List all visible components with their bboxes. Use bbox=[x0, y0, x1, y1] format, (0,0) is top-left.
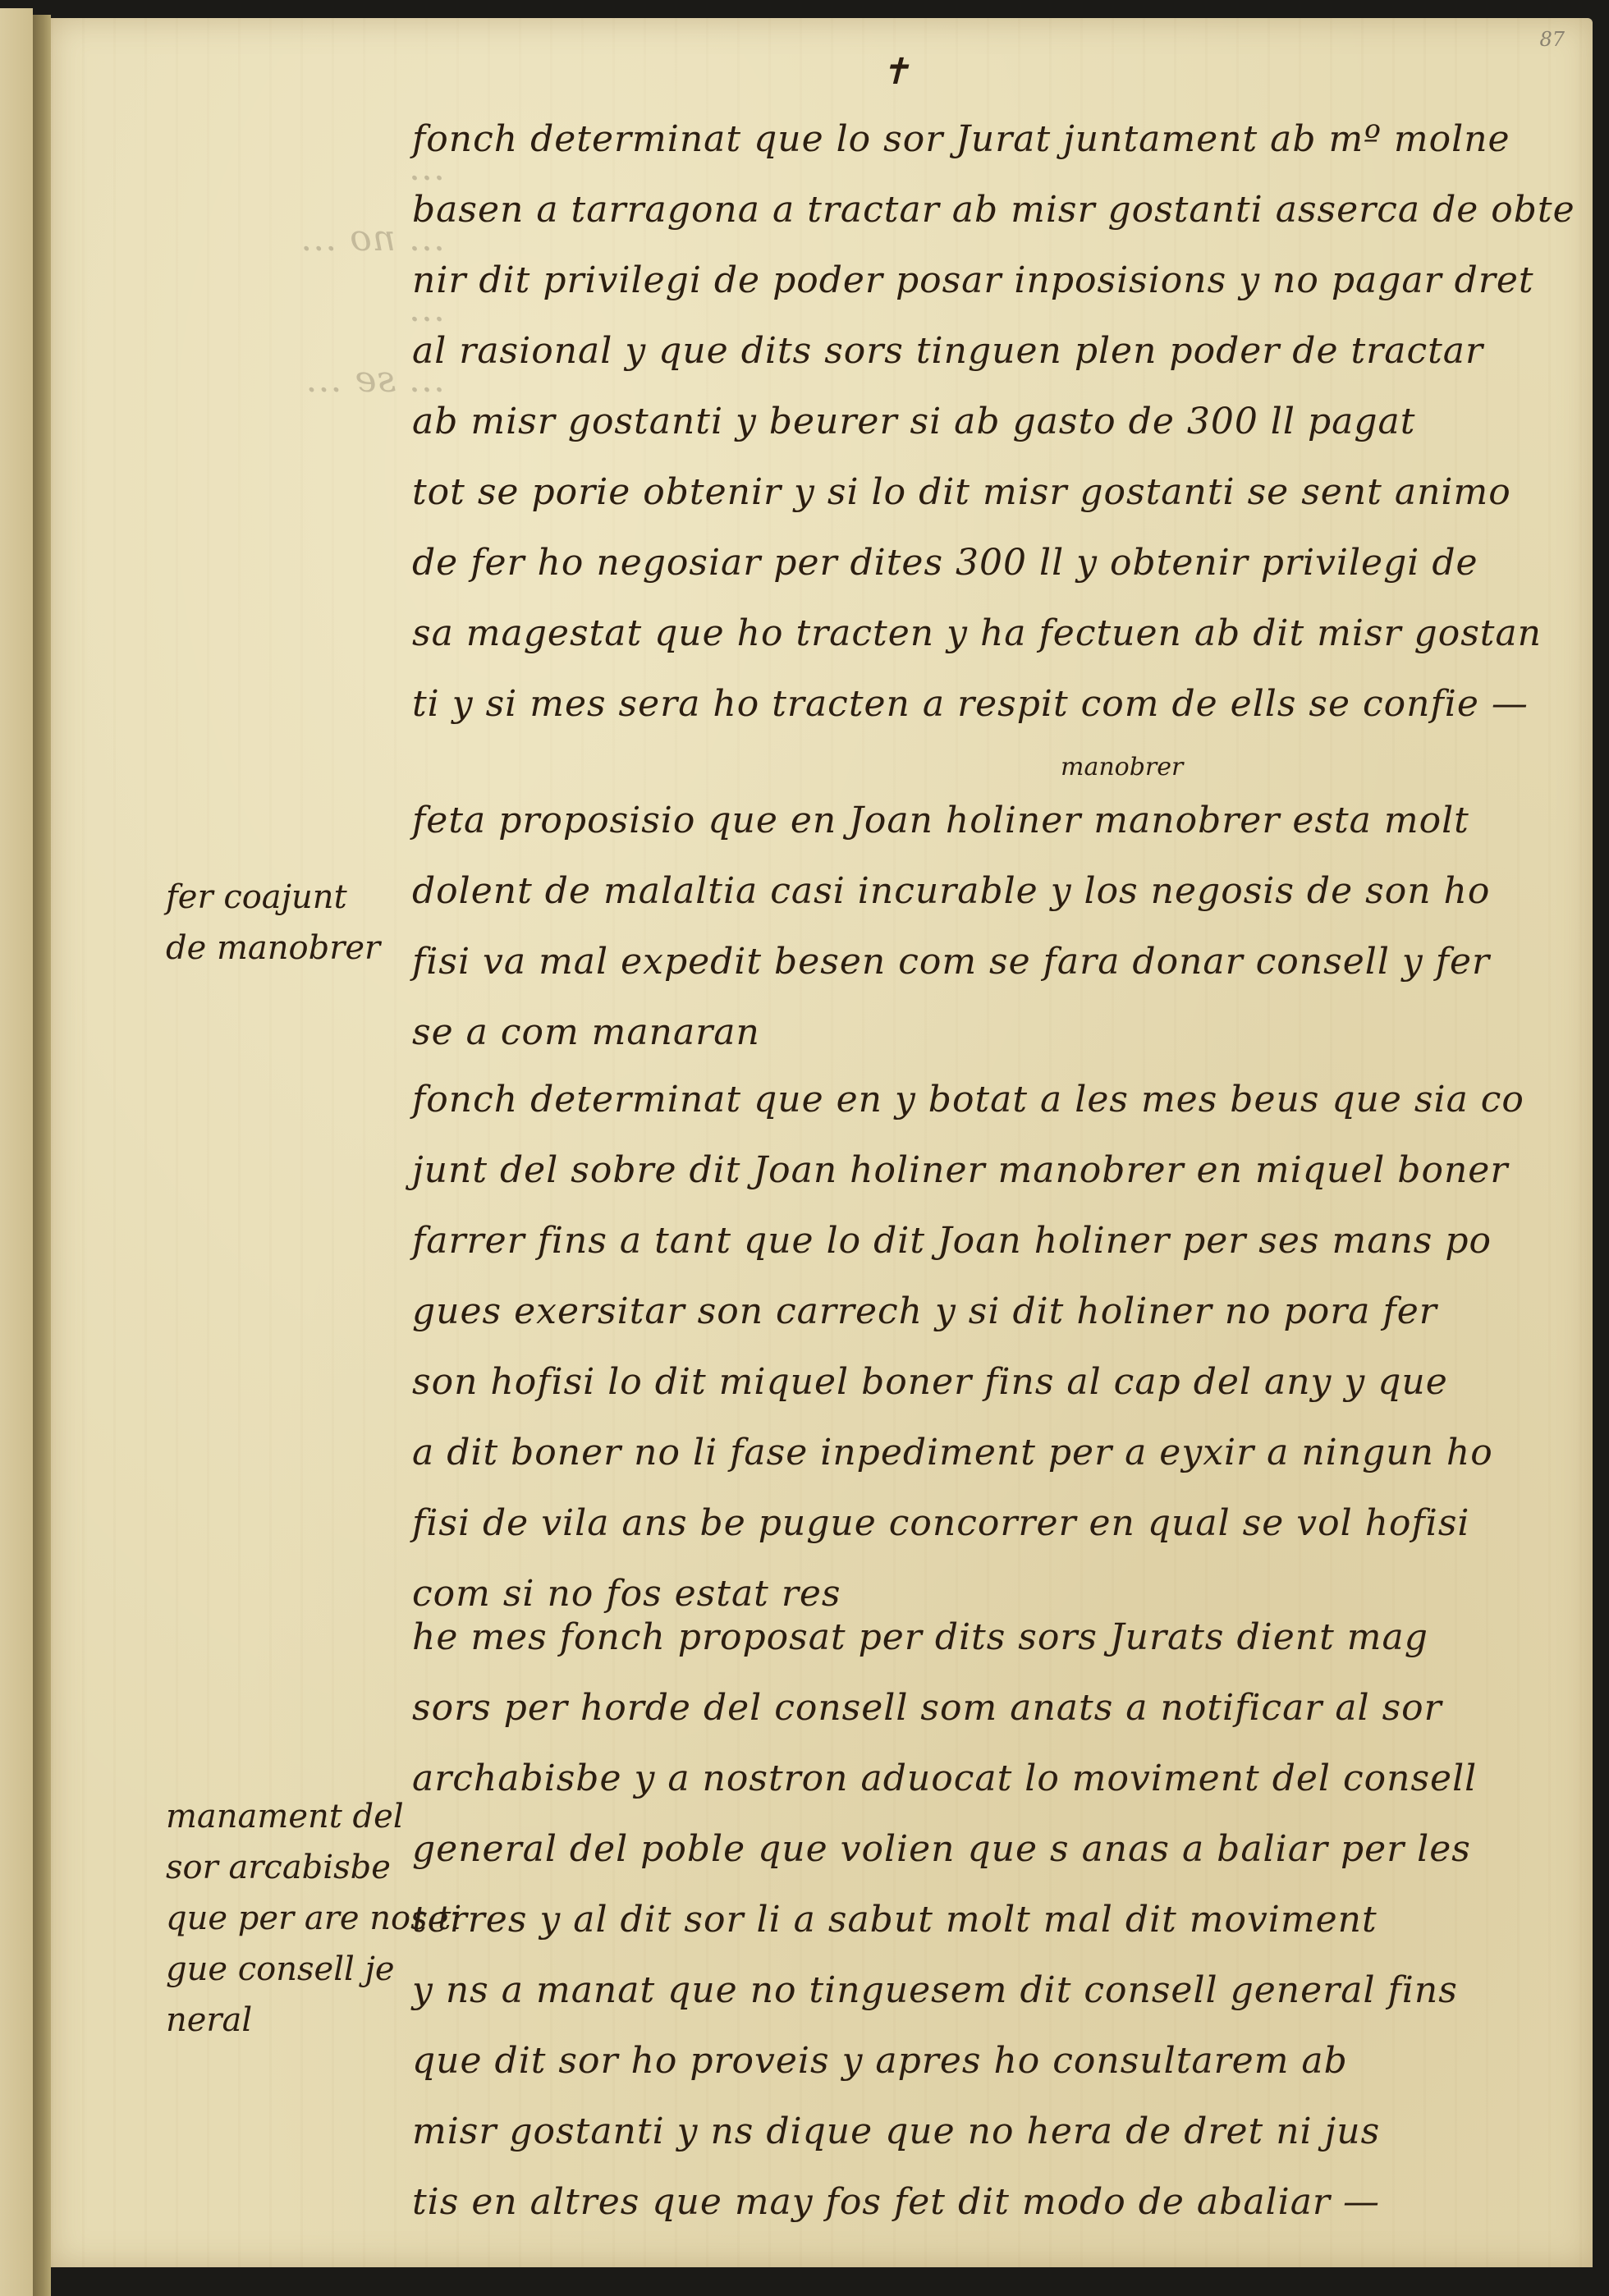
text-line: basen a tarragona a tractar ab misr gost… bbox=[412, 175, 1609, 245]
text-line: general del poble que volien que s anas … bbox=[412, 1814, 1609, 1885]
interlinear-correction: manobrer bbox=[1061, 753, 1183, 781]
text-line: he mes fonch proposat per dits sors Jura… bbox=[412, 1602, 1609, 1673]
bleed-through-text: ... ... no ... ... ... se ... bbox=[100, 133, 445, 415]
text-line: sors per horde del consell som anats a n… bbox=[412, 1673, 1609, 1744]
text-line: tot se porie obtenir y si lo dit misr go… bbox=[412, 457, 1609, 528]
text-line: de fer ho negosiar per dites 300 ll y ob… bbox=[412, 528, 1609, 598]
facing-page-edge bbox=[0, 8, 33, 2296]
entry-2-paragraph: feta proposisio que en Joan holiner mano… bbox=[412, 786, 1609, 1068]
text-line: fisi de vila ans be pugue concorrer en q… bbox=[412, 1488, 1609, 1559]
book-gutter bbox=[33, 15, 51, 2296]
text-line: tis en altres que may fos fet dit modo d… bbox=[412, 2167, 1609, 2238]
text-line: feta proposisio que en Joan holiner mano… bbox=[412, 786, 1609, 856]
text-line: sa magestat que ho tracten y ha fectuen … bbox=[412, 598, 1609, 669]
text-line: se a com manaran bbox=[412, 997, 1609, 1068]
text-line: son hofisi lo dit miquel boner fins al c… bbox=[412, 1347, 1609, 1418]
entry-3-paragraph: fonch determinat que en y botat a les me… bbox=[412, 1065, 1609, 1629]
entry-1-paragraph: fonch determinat que lo sor Jurat juntam… bbox=[412, 104, 1609, 740]
text-line: farrer fins a tant que lo dit Joan holin… bbox=[412, 1206, 1609, 1276]
text-line: a dit boner no li fase inpediment per a … bbox=[412, 1418, 1609, 1488]
text-line: fonch determinat que lo sor Jurat juntam… bbox=[412, 104, 1609, 175]
text-line: archabisbe y a nostron aduocat lo movime… bbox=[412, 1744, 1609, 1814]
text-line: y ns a manat que no tinguesem dit consel… bbox=[412, 1955, 1609, 2026]
text-line: ab misr gostanti y beurer si ab gasto de… bbox=[412, 387, 1609, 457]
text-line: dolent de malaltia casi incurable y los … bbox=[412, 856, 1609, 927]
text-line: ti y si mes sera ho tracten a respit com… bbox=[412, 669, 1609, 740]
text-line: que dit sor ho proveis y apres ho consul… bbox=[412, 2026, 1609, 2097]
entry-4-paragraph: he mes fonch proposat per dits sors Jura… bbox=[412, 1602, 1609, 2238]
text-line: fisi va mal expedit besen com se fara do… bbox=[412, 927, 1609, 997]
text-line: fonch determinat que en y botat a les me… bbox=[412, 1065, 1609, 1135]
text-line: misr gostanti y ns dique que no hera de … bbox=[412, 2097, 1609, 2167]
text-line: al rasional y que dits sors tinguen plen… bbox=[412, 316, 1609, 387]
text-line: junt del sobre dit Joan holiner manobrer… bbox=[412, 1135, 1609, 1206]
folio-number: 87 bbox=[1539, 28, 1565, 51]
manuscript-page: 87 ✝ ... ... no ... ... ... se ... fonch… bbox=[51, 18, 1593, 2267]
text-line: terres y al dit sor li a sabut molt mal … bbox=[412, 1885, 1609, 1955]
cross-mark: ✝ bbox=[880, 51, 910, 93]
text-line: gues exersitar son carrech y si dit holi… bbox=[412, 1276, 1609, 1347]
text-line: nir dit privilegi de poder posar inposis… bbox=[412, 245, 1609, 316]
